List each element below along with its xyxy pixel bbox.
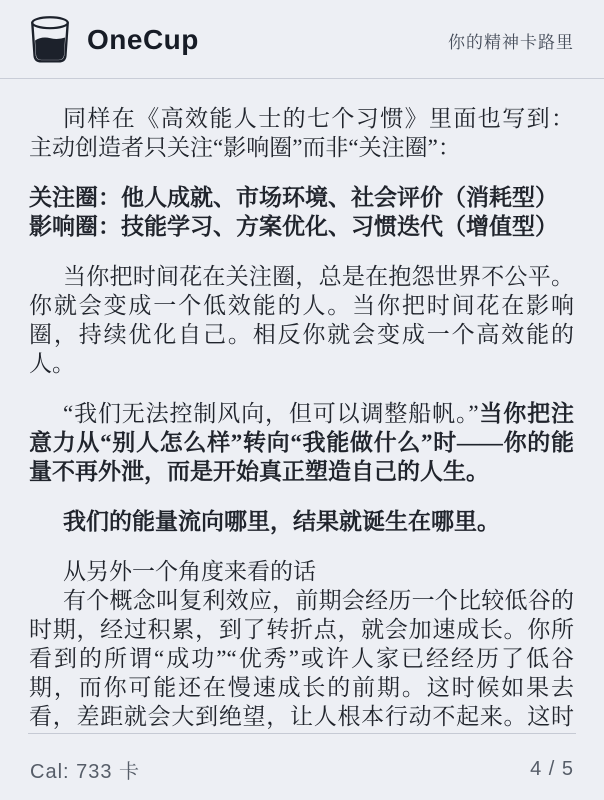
app-tagline: 你的精神卡路里 [448, 28, 574, 53]
paragraph-intro: 同样在《高效能人士的七个习惯》里面也写到： 主动创造者只关注“影响圈”而非“关注… [29, 104, 574, 162]
app-brand: OneCup [30, 15, 199, 65]
app-header: OneCup 你的精神卡路里 [0, 0, 604, 79]
quote-text: “我们无法控制风向，但可以调整船帆。” [63, 401, 479, 426]
paragraph-circles: 关注圈：他人成就、市场环境、社会评价（消耗型） 影响圈：技能学习、方案优化、习惯… [29, 183, 574, 241]
paragraph-angle: 从另外一个角度来看的话 [29, 557, 574, 586]
app-name: OneCup [87, 24, 199, 56]
reader-footer: Cal: 733 卡 4 / 5 [28, 733, 576, 784]
calorie-counter: Cal: 733 卡 [30, 755, 140, 784]
paragraph-energy: 我们的能量流向哪里，结果就诞生在哪里。 [29, 507, 574, 536]
paragraph-compound: 有个概念叫复利效应，前期会经历一个比较低谷的时期，经过积累，到了转折点，就会加速… [29, 586, 574, 733]
paragraph-time: 当你把时间花在关注圈，总是在抱怨世界不公平。你就会变成一个低效能的人。当你把时间… [29, 262, 574, 378]
reader-page: OneCup 你的精神卡路里 同样在《高效能人士的七个习惯》里面也写到： 主动创… [0, 0, 604, 800]
page-indicator: 4 / 5 [530, 758, 574, 781]
paragraph-quote: “我们无法控制风向，但可以调整船帆。”当你把注意力从“别人怎么样”转向“我能做什… [29, 399, 574, 486]
circle-line-concern: 关注圈：他人成就、市场环境、社会评价（消耗型） [29, 183, 574, 212]
circle-line-influence: 影响圈：技能学习、方案优化、习惯迭代（增值型） [29, 212, 574, 241]
cup-icon [30, 15, 70, 65]
article-content: 同样在《高效能人士的七个习惯》里面也写到： 主动创造者只关注“影响圈”而非“关注… [0, 79, 604, 733]
